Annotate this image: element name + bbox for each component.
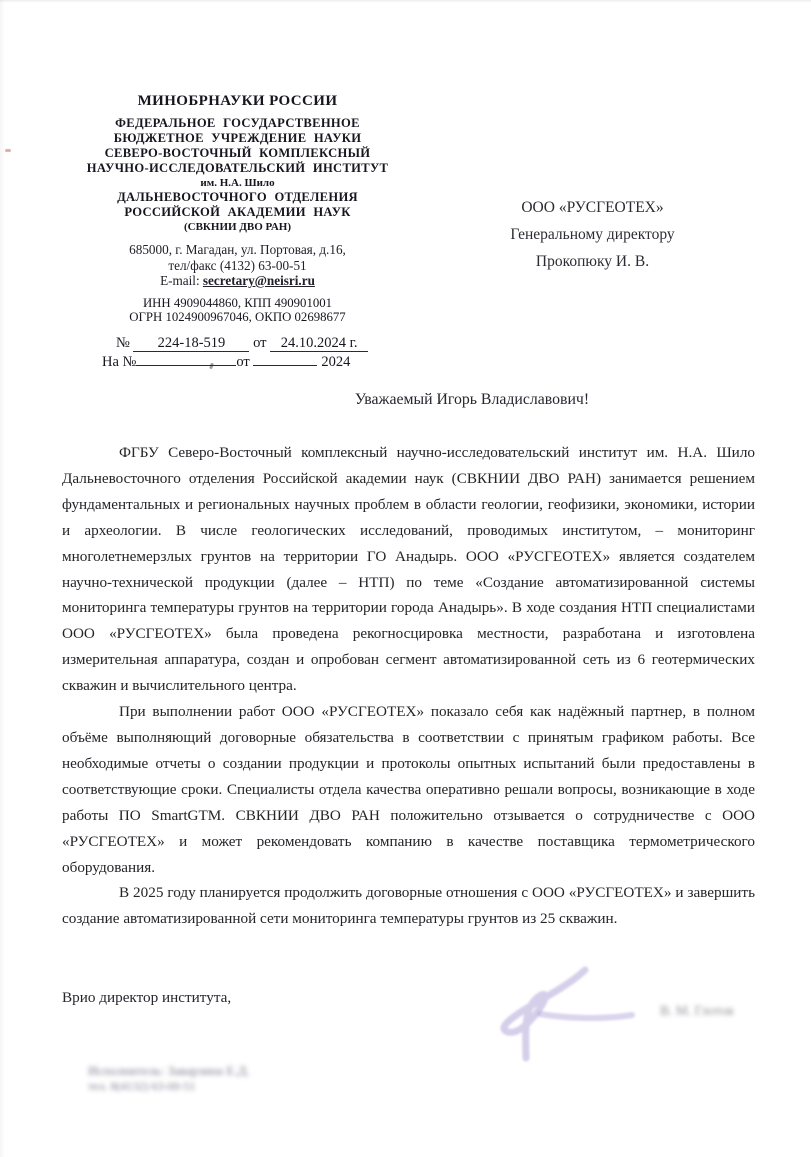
organization-abbreviation: (СВКНИИ ДВО РАН) (50, 220, 425, 234)
number-sign-label: № (116, 335, 130, 351)
recipient-block: ООО «РУСГЕОТЕХ» Генеральному директору П… (440, 194, 745, 275)
scan-red-speck (5, 149, 11, 152)
ministry-name: МИНОБРНАУКИ РОССИИ (50, 93, 425, 110)
outgoing-number-field: 224-18-519 (133, 335, 249, 352)
branch-name: ДАЛЬНЕВОСТОЧНОГО ОТДЕЛЕНИЯ РОССИЙСКОЙ АК… (50, 190, 425, 220)
incoming-reference-line: На №от 2024 (102, 352, 425, 370)
recipient-person: Прокопюку И. В. (440, 248, 745, 275)
organization-name: ФЕДЕРАЛЬНОЕ ГОСУДАРСТВЕННОЕ БЮДЖЕТНОЕ УЧ… (50, 116, 425, 176)
body-paragraph: В 2025 году планируется продолжить догов… (62, 880, 755, 932)
executor-phone-blurred: тел. 8(4132) 63-00-51 (88, 1079, 250, 1095)
na-number-label: На № (102, 354, 136, 370)
organization-name-line: СЕВЕРО-ВОСТОЧНЫЙ КОМПЛЕКСНЫЙ (50, 146, 425, 161)
scanned-letter-page: МИНОБРНАУКИ РОССИИ ФЕДЕРАЛЬНОЕ ГОСУДАРСТ… (0, 0, 811, 1157)
ot-label: от (236, 354, 249, 370)
executor-name-blurred: Исполнитель: Заварзина Е.Д. (88, 1063, 250, 1079)
named-after-line: им. Н.А. Шило (50, 176, 425, 190)
letterhead: МИНОБРНАУКИ РОССИИ ФЕДЕРАЛЬНОЕ ГОСУДАРСТ… (50, 93, 425, 370)
organization-name-line: НАУЧНО-ИССЛЕДОВАТЕЛЬСКИЙ ИНСТИТУТ (50, 161, 425, 176)
signer-title: Врио директор института, (62, 989, 231, 1007)
signer-name-blurred: В. М. Глотов (660, 1003, 780, 1019)
branch-name-line: РОССИЙСКОЙ АКАДЕМИИ НАУК (50, 205, 425, 220)
branch-name-line: ДАЛЬНЕВОСТОЧНОГО ОТДЕЛЕНИЯ (50, 190, 425, 205)
ot-label: от (253, 335, 266, 351)
outgoing-reference-line: № 224-18-519 от 24.10.2024 г. (102, 335, 425, 352)
postal-address: 685000, г. Магадан, ул. Портовая, д.16, (50, 242, 425, 258)
salutation: Уважаемый Игорь Владиславович! (187, 391, 757, 409)
body-paragraph: ФГБУ Северо-Восточный комплексный научно… (62, 440, 755, 699)
handwritten-signature (478, 948, 658, 1073)
email-line: E-mail: secretary@neisri.ru (50, 273, 425, 289)
email-address: secretary@neisri.ru (203, 273, 315, 288)
incoming-number-blank (136, 352, 236, 366)
contact-block: 685000, г. Магадан, ул. Портовая, д.16, … (50, 242, 425, 289)
year-label: 2024 (321, 354, 350, 370)
executor-block-blurred: Исполнитель: Заварзина Е.Д. тел. 8(4132)… (88, 1063, 250, 1094)
organization-name-line: ФЕДЕРАЛЬНОЕ ГОСУДАРСТВЕННОЕ (50, 116, 425, 131)
organization-name-line: БЮДЖЕТНОЕ УЧРЕЖДЕНИЕ НАУКИ (50, 131, 425, 146)
inn-kpp: ИНН 4909044860, КПП 490901001 (50, 296, 425, 311)
phone-fax: тел/факс (4132) 63-00-51 (50, 258, 425, 274)
ogrn-okpo: ОГРН 1024900967046, ОКПО 02698677 (50, 310, 425, 325)
recipient-position: Генеральному директору (440, 221, 745, 248)
letter-body: ФГБУ Северо-Восточный комплексный научно… (62, 440, 755, 932)
email-label: E-mail: (160, 273, 203, 288)
outgoing-date-field: 24.10.2024 г. (270, 335, 368, 352)
incoming-date-blank (253, 352, 317, 366)
signature-tail-stroke (540, 1014, 632, 1018)
registration-codes: ИНН 4909044860, КПП 490901001 ОГРН 10249… (50, 296, 425, 325)
reference-block: № 224-18-519 от 24.10.2024 г. На №от 202… (50, 335, 425, 370)
body-paragraph: При выполнении работ ООО «РУСГЕОТЕХ» пок… (62, 699, 755, 880)
recipient-company: ООО «РУСГЕОТЕХ» (440, 194, 745, 221)
